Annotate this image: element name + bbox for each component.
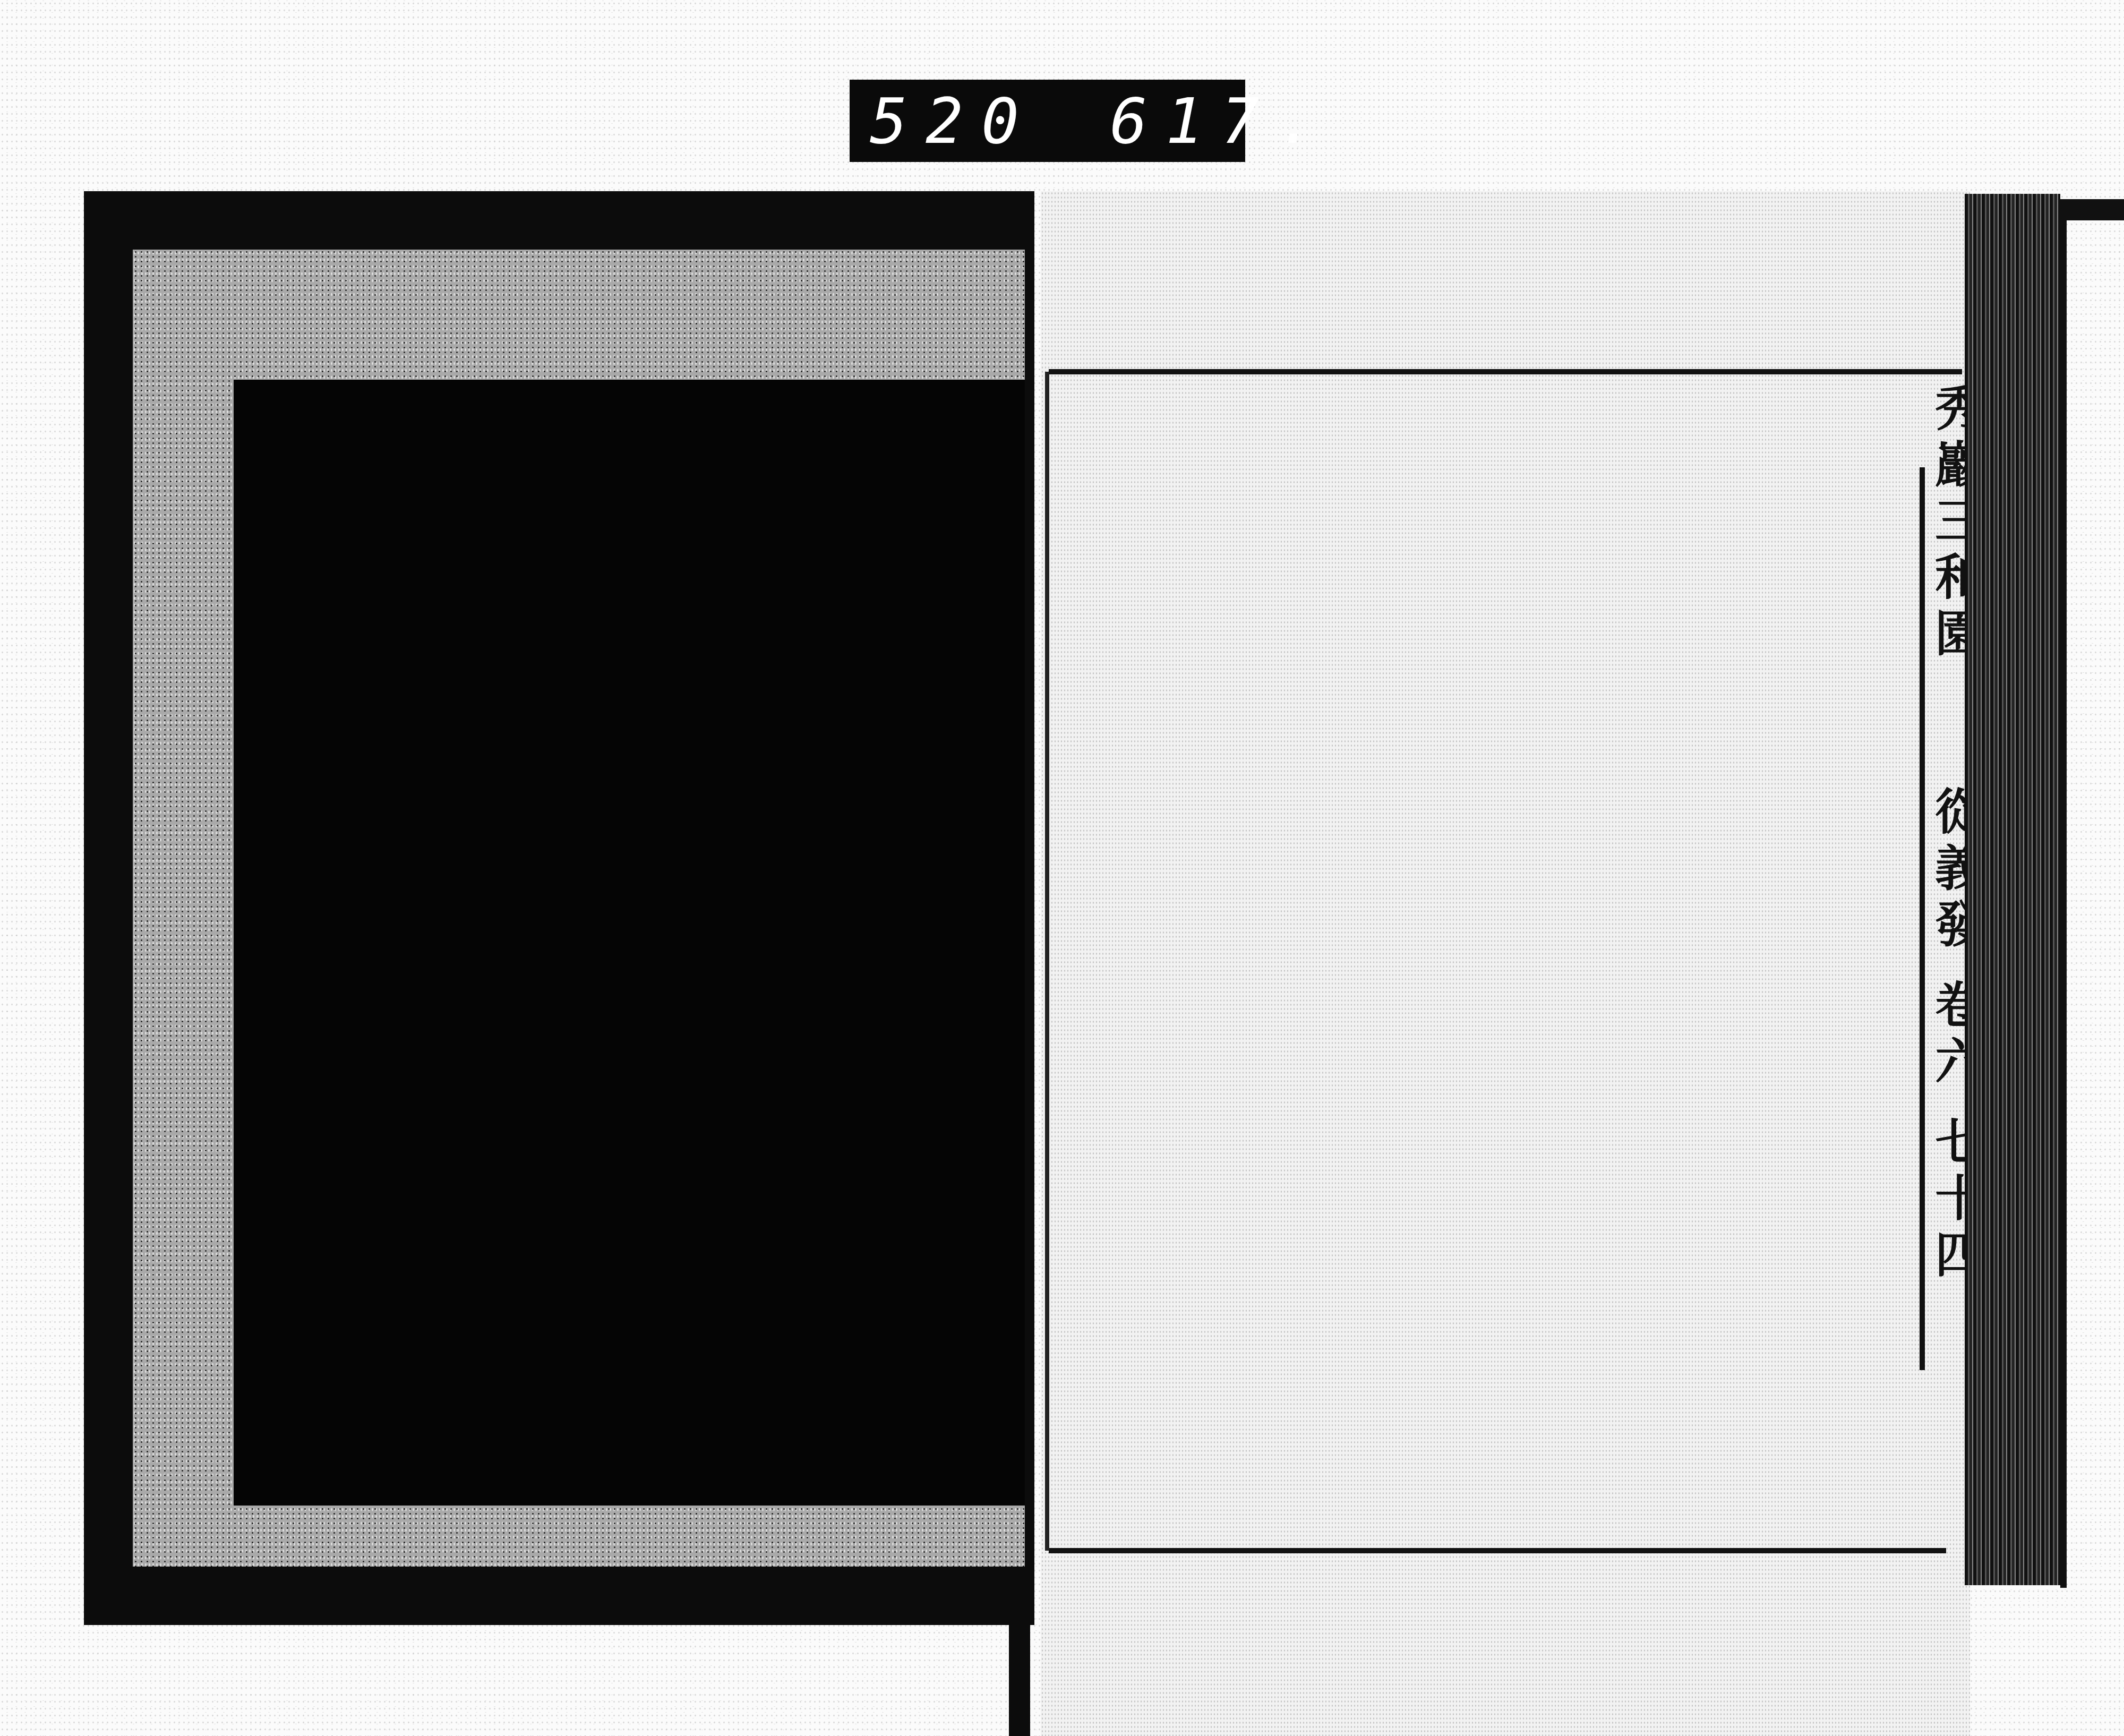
frame-number: 617. bbox=[1110, 84, 1333, 158]
microfilm-frame-label: 520 617. bbox=[850, 80, 1245, 162]
book-case-interior bbox=[234, 380, 1025, 1506]
spine-outer-edge bbox=[2060, 218, 2067, 1588]
reel-number: 520 bbox=[870, 84, 1037, 158]
case-fold-divider bbox=[1009, 1567, 1030, 1736]
page-left-rule bbox=[1045, 372, 1049, 1551]
book-spine-edge bbox=[1965, 194, 2060, 1585]
book-cover-page bbox=[1041, 191, 1970, 1736]
page-bottom-rule bbox=[1049, 1548, 1946, 1553]
book-case-bottom-edge bbox=[84, 1567, 1029, 1625]
title-slip-border bbox=[1920, 467, 1925, 1370]
spine-top-cap bbox=[2060, 199, 2124, 220]
page-top-rule bbox=[1049, 369, 1962, 374]
